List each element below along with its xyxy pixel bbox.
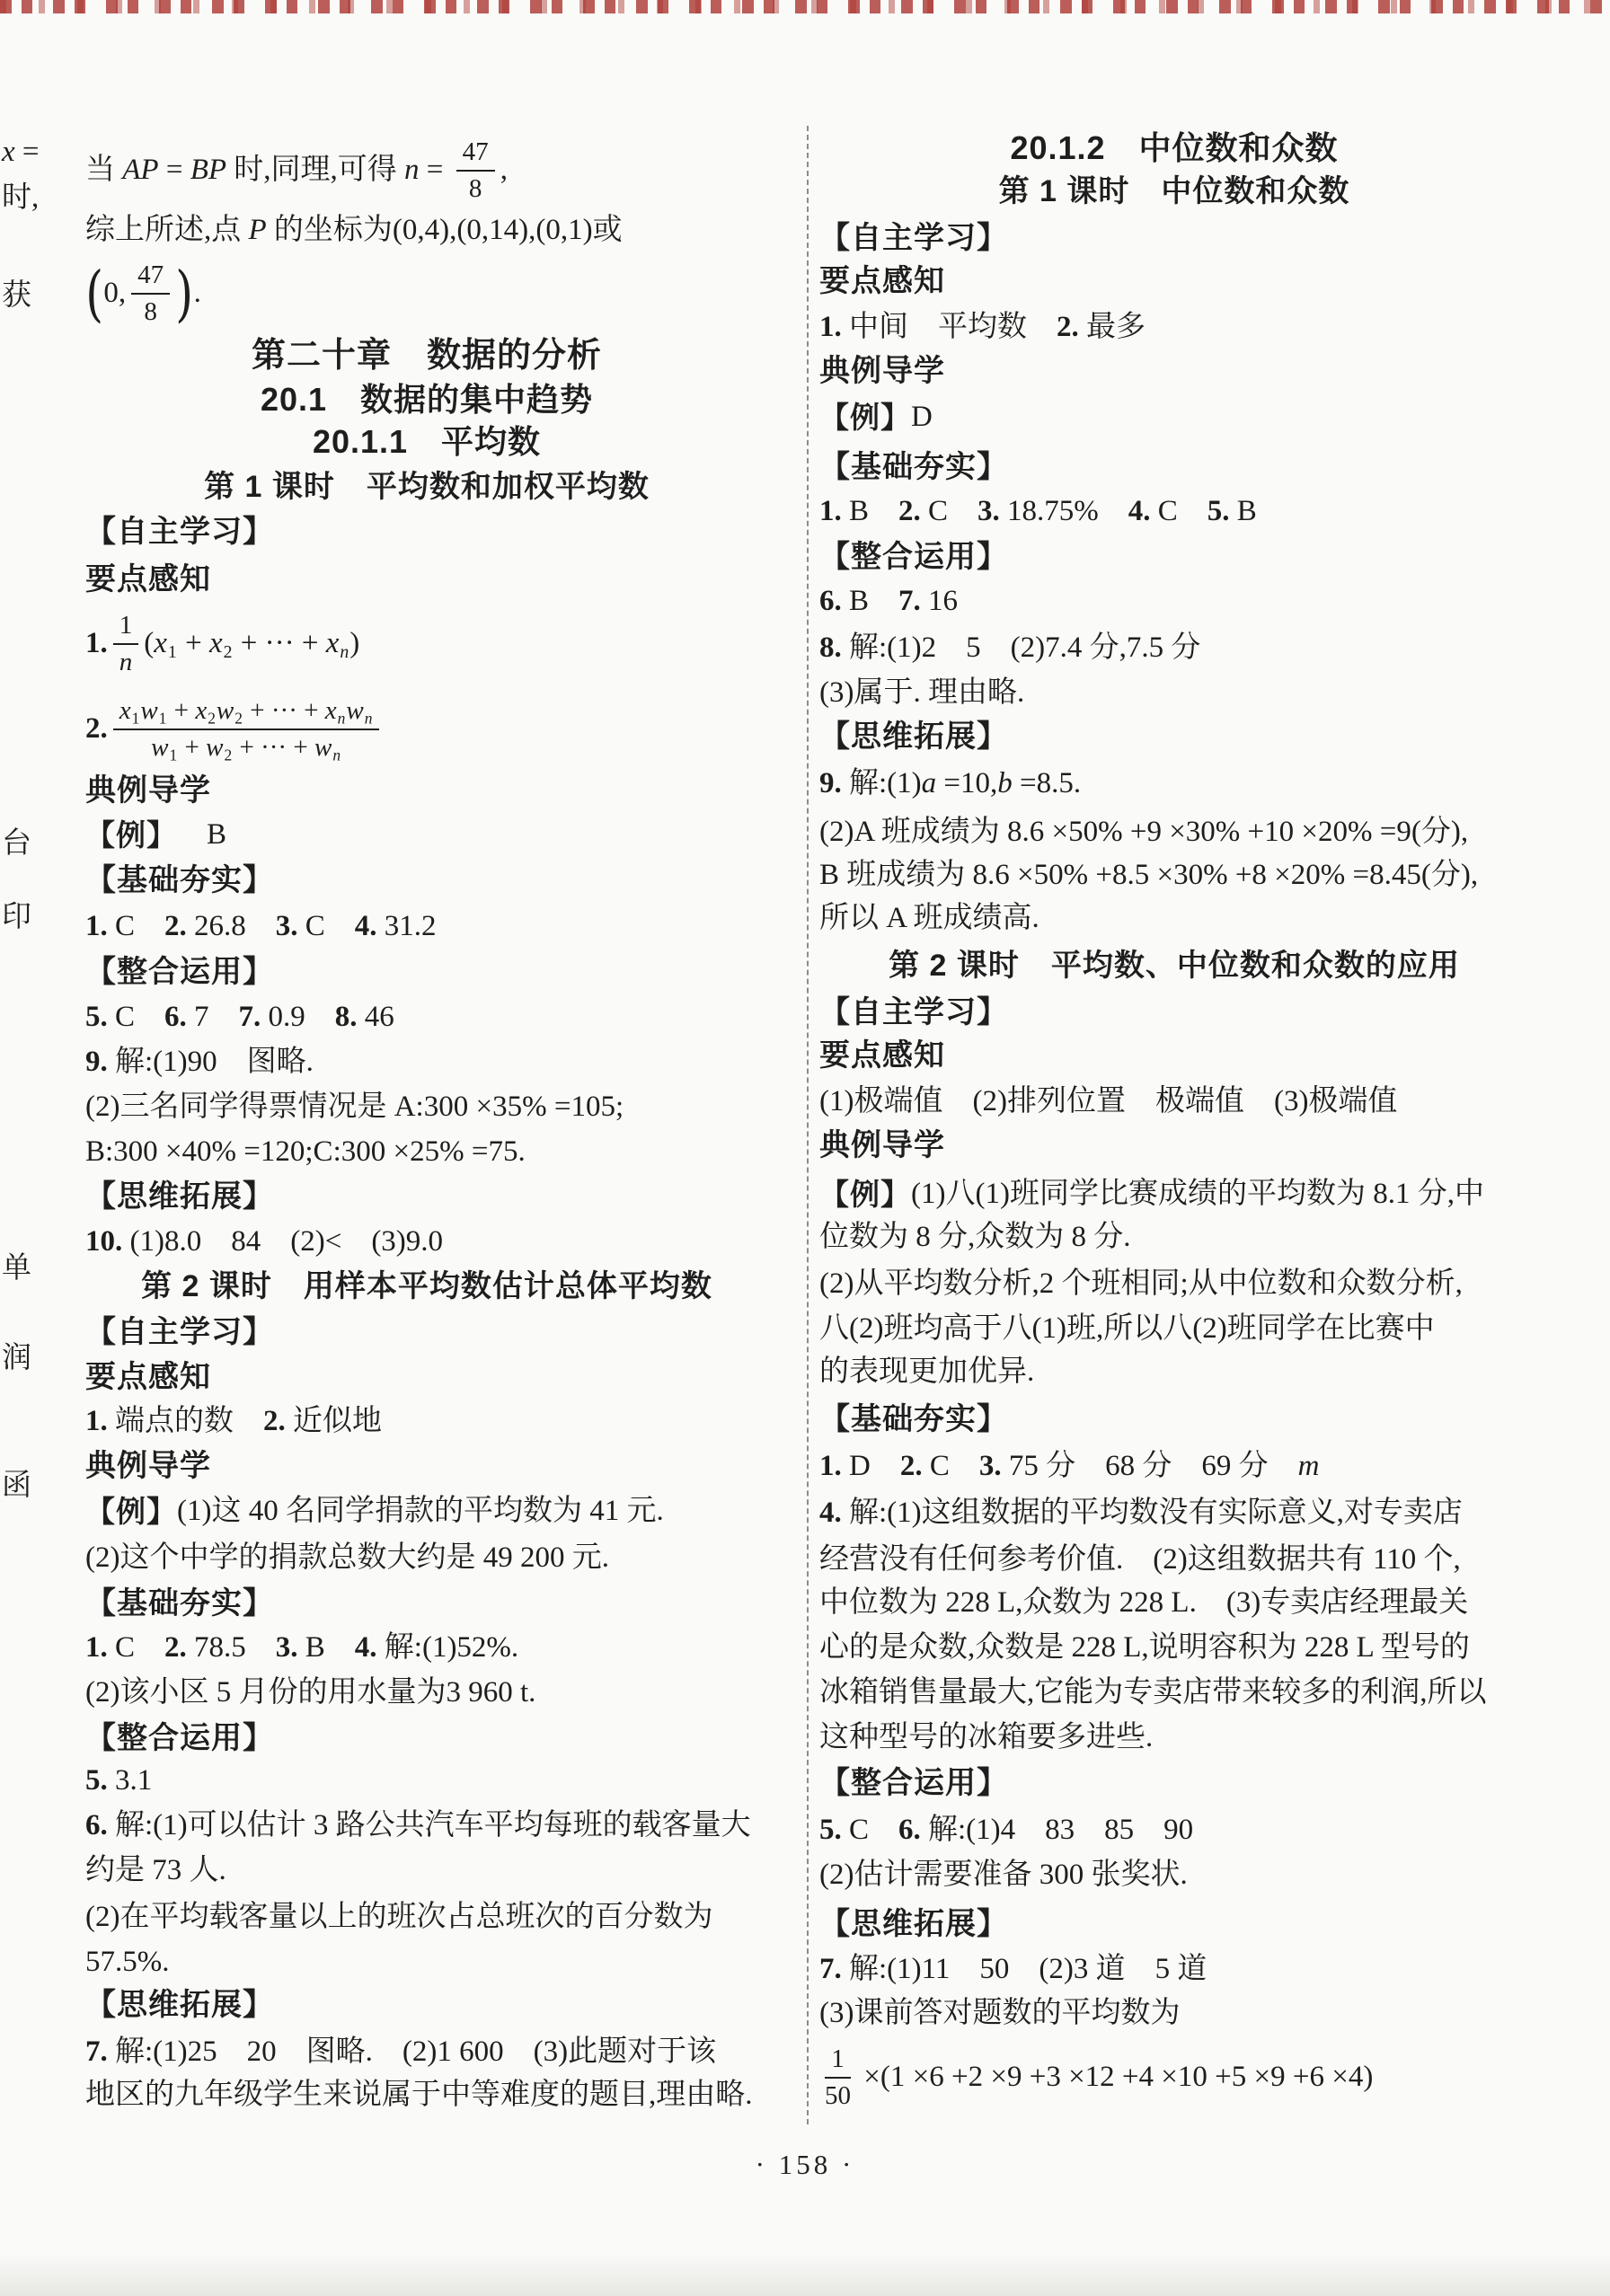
text-run: 时, [2, 181, 39, 216]
text-run: . [194, 276, 201, 312]
text-run: 【例】 [819, 400, 911, 436]
text-run: x [195, 696, 207, 726]
left-column-line: 要点感知 [85, 543, 768, 615]
text-run: 2 [234, 711, 243, 729]
text-run: 47 [137, 261, 164, 290]
left-column-line: 地区的九年级学生来说属于中等难度的题目,理由略. [85, 2060, 768, 2132]
text-run: x [209, 626, 223, 662]
text-run: 2 [208, 711, 216, 729]
text-run: 2. [85, 711, 108, 747]
left-column-line: (0,478). [85, 258, 768, 330]
text-run: n [340, 642, 349, 664]
text-run: 地区的九年级学生来说属于中等难度的题目,理由略. [85, 2078, 753, 2114]
fraction: 150 [825, 2044, 851, 2110]
page-top-edge-red-marks [0, 0, 1610, 13]
text-run: + [167, 696, 195, 726]
column-divider-dashed-line [807, 126, 809, 2124]
text-run: w [346, 696, 363, 726]
text-run: 1 [168, 642, 177, 664]
text-run: 1 [132, 711, 140, 729]
text-run: 函 [2, 1469, 31, 1505]
text-run: 时,同理,可得 [226, 153, 404, 189]
margin-column-line: 润 [2, 1323, 65, 1395]
text-run: 的坐标为(0,4),(0,14),(0,1)或 [267, 213, 623, 249]
text-run: n [338, 711, 346, 729]
margin-column-line: 单 [2, 1233, 65, 1305]
text-run: 获 [2, 278, 31, 314]
fraction-numerator: 1 [825, 2044, 851, 2079]
text-run: P [249, 213, 267, 249]
text-run: 1 [159, 711, 167, 729]
text-run: x [325, 696, 337, 726]
text-run: 2 [224, 642, 233, 664]
text-run: + [178, 626, 209, 662]
margin-column-line: 函 [2, 1451, 65, 1523]
text-run: = [420, 153, 451, 189]
fraction: 478 [456, 137, 495, 203]
right-column-line: 150 ×(1 ×6 +2 ×9 +3 ×12 +4 ×10 +5 ×9 +6 … [819, 2042, 1529, 2114]
text-run: ( [85, 263, 103, 324]
fraction-numerator: x1w1 + x2w2 + ··· + xnwn [113, 696, 380, 730]
text-run: 0, [103, 276, 126, 312]
text-run: AP [122, 153, 158, 189]
text-run: ×(1 ×6 +2 ×9 +3 ×12 +4 ×10 +5 ×9 +6 ×4) [856, 2060, 1373, 2096]
fraction: 478 [131, 261, 170, 326]
text-run: w [140, 696, 157, 726]
text-run: ) [349, 626, 359, 662]
text-run: n [365, 711, 373, 729]
text-run: 综上所述,点 [85, 213, 249, 249]
text-run: 当 [85, 153, 122, 189]
text-run: D [911, 400, 933, 436]
text-run: 47 [463, 137, 489, 167]
page-number: · 158 · [0, 2149, 1610, 2181]
text-run: 1 [831, 2044, 845, 2074]
margin-column-line: 印 [2, 882, 65, 954]
text-run: 单 [2, 1251, 31, 1287]
text-run: n [404, 153, 420, 189]
text-run: , [500, 153, 508, 189]
text-run: 50 [825, 2081, 851, 2111]
margin-column-line: 时, [2, 163, 65, 234]
text-run: x [119, 696, 131, 726]
fraction-numerator: 47 [456, 137, 495, 172]
text-run: w [217, 696, 234, 726]
margin-column-line: 获 [2, 261, 65, 332]
fraction-numerator: 1 [113, 611, 139, 645]
text-run: (3)课前答对题数的平均数为 [819, 1996, 1180, 2032]
text-run: = [159, 153, 190, 189]
left-column-line: 综上所述,点 P 的坐标为(0,4),(0,14),(0,1)或 [85, 195, 768, 267]
page-bottom-shadow [0, 2255, 1610, 2296]
text-run: + ··· + [233, 626, 325, 662]
text-run: n [119, 648, 133, 677]
scanned-answer-page: { "page": { "width": 1792, "height": 255… [0, 0, 1610, 2296]
text-run: ( [144, 626, 154, 662]
margin-column-line: 台 [2, 808, 65, 880]
text-run: 1. [85, 626, 108, 662]
right-column-line: (3)课前答对题数的平均数为 [819, 1978, 1529, 2050]
text-run: 印 [2, 900, 31, 936]
left-column-line: 1. 1n(x1 + x2 + ··· + xn) [85, 608, 768, 680]
text-run: + ··· + [243, 696, 325, 726]
text-run: x [326, 626, 340, 662]
text-run: 1 [119, 611, 133, 640]
fraction-denominator: 50 [825, 2079, 851, 2111]
text-run: BP [190, 153, 226, 189]
text-run: 润 [2, 1341, 31, 1377]
text-run: x [154, 626, 167, 662]
fraction-numerator: 47 [131, 261, 170, 295]
text-run: 台 [2, 826, 31, 862]
text-run: 要点感知 [85, 561, 211, 598]
fraction-denominator: n [119, 645, 133, 677]
fraction: x1w1 + x2w2 + ··· + xnwnw1 + w2 + ··· + … [113, 696, 380, 762]
text-run: ) [175, 263, 193, 324]
fraction: 1n [113, 611, 139, 676]
